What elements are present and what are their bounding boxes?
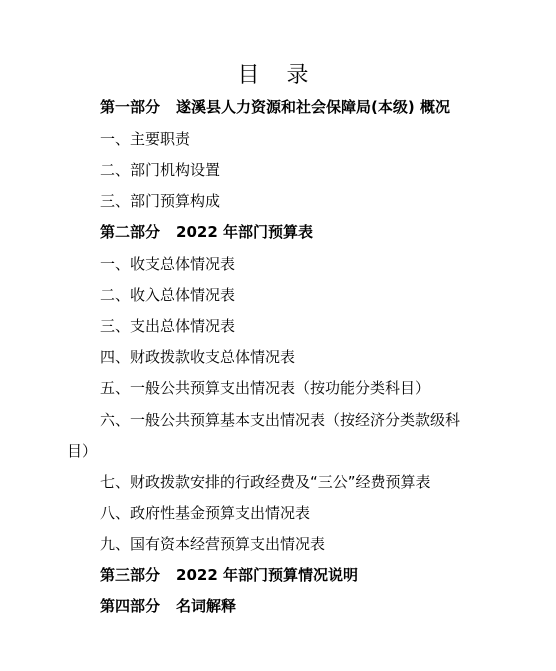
part-label: 第二部分: [100, 223, 160, 241]
toc-item: 一、主要职责: [100, 129, 190, 149]
toc-item: 二、收入总体情况表: [100, 285, 235, 305]
toc-item: 七、财政拨款安排的行政经费及“三公”经费预算表: [100, 472, 431, 492]
toc-item: 四、财政拨款收支总体情况表: [100, 347, 295, 367]
toc-item: 六、一般公共预算基本支出情况表（按经济分类款级科: [100, 410, 460, 430]
part-title: 2022 年部门预算表: [176, 223, 313, 241]
toc-item: 一、收支总体情况表: [100, 254, 235, 274]
toc-part-3: 第三部分2022 年部门预算情况说明: [100, 565, 358, 585]
part-title: 2022 年部门预算情况说明: [176, 566, 358, 584]
toc-item: 三、支出总体情况表: [100, 316, 235, 336]
part-label: 第三部分: [100, 566, 160, 584]
toc-item: 三、部门预算构成: [100, 191, 220, 211]
toc-item: 二、部门机构设置: [100, 160, 220, 180]
part-title: 遂溪县人力资源和社会保障局(本级) 概况: [176, 98, 450, 116]
toc-item-continuation: 目）: [67, 441, 97, 461]
part-title: 名词解释: [176, 597, 236, 615]
part-label: 第一部分: [100, 98, 160, 116]
toc-part-4: 第四部分名词解释: [100, 596, 236, 616]
toc-title: 目 录: [0, 62, 556, 90]
toc-item: 九、国有资本经营预算支出情况表: [100, 534, 325, 554]
toc-part-2: 第二部分2022 年部门预算表: [100, 222, 313, 242]
toc-item: 八、政府性基金预算支出情况表: [100, 503, 310, 523]
toc-item: 五、一般公共预算支出情况表（按功能分类科目）: [100, 378, 430, 398]
part-label: 第四部分: [100, 597, 160, 615]
toc-part-1: 第一部分遂溪县人力资源和社会保障局(本级) 概况: [100, 97, 450, 117]
